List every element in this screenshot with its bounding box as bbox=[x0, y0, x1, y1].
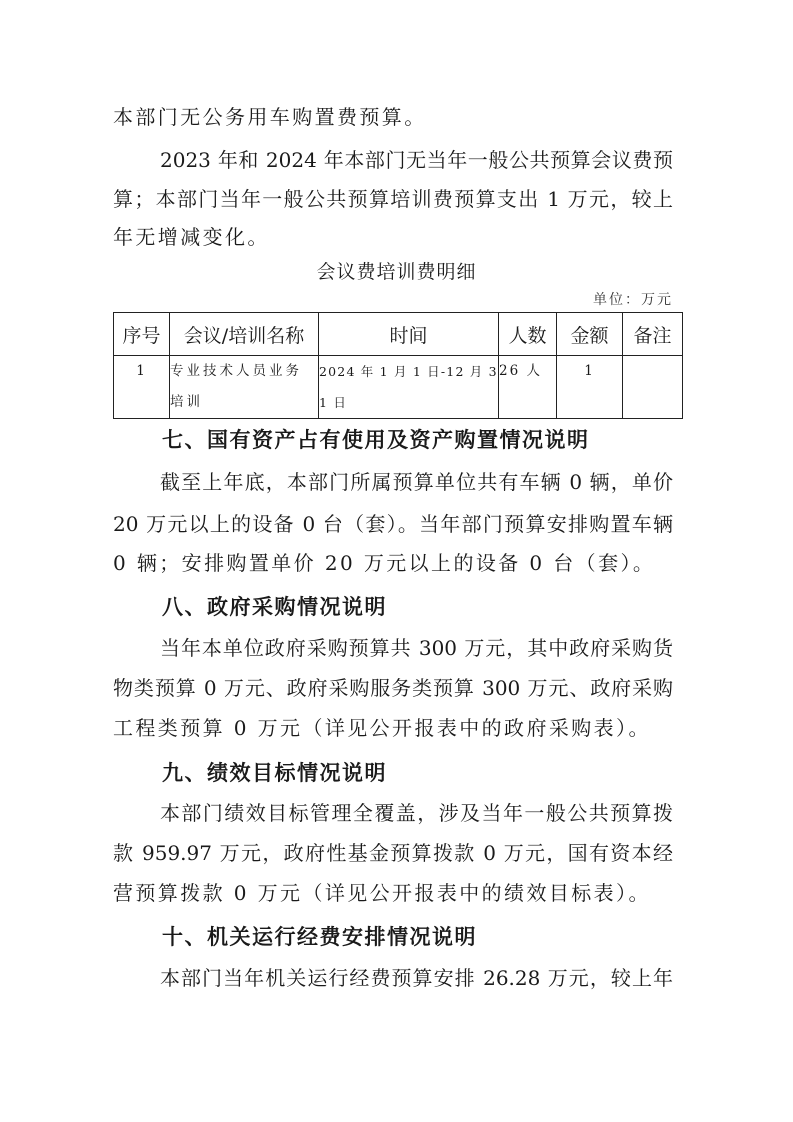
header-time: 时间 bbox=[319, 313, 499, 356]
paragraph-line: 本部门绩效目标管理全覆盖，涉及当年一般公共预算拨 bbox=[160, 801, 673, 825]
cell-amount: 1 bbox=[557, 356, 623, 419]
cell-people: 26 人 bbox=[499, 356, 557, 419]
section-heading: 八、政府采购情况说明 bbox=[162, 594, 387, 620]
header-index: 序号 bbox=[114, 313, 170, 356]
paragraph-line: 算；本部门当年一般公共预算培训费预算支出 1 万元，较上 bbox=[113, 187, 673, 211]
paragraph-line: 营预算拨款 0 万元（详见公开报表中的绩效目标表）。 bbox=[113, 881, 673, 905]
table-title: 会议费培训费明细 bbox=[0, 259, 793, 285]
paragraph-line: 款 959.97 万元，政府性基金预算拨款 0 万元，国有资本经 bbox=[113, 841, 673, 865]
paragraph-line: 本部门无公务用车购置费预算。 bbox=[113, 105, 673, 129]
paragraph-line: 物类预算 0 万元、政府采购服务类预算 300 万元、政府采购 bbox=[113, 676, 673, 700]
paragraph-line: 当年本单位政府采购预算共 300 万元，其中政府采购货 bbox=[160, 636, 673, 660]
table-row: 1 专业技术人员业务培训 2024 年 1 月 1 日-12 月 31 日 26… bbox=[114, 356, 683, 419]
paragraph-line: 年无增减变化。 bbox=[113, 225, 673, 249]
paragraph-line: 0 辆；安排购置单价 20 万元以上的设备 0 台（套）。 bbox=[113, 551, 673, 575]
paragraph-line: 20 万元以上的设备 0 台（套）。当年部门预算安排购置车辆 bbox=[113, 512, 673, 536]
section-heading: 七、国有资产占有使用及资产购置情况说明 bbox=[162, 427, 590, 453]
cell-index: 1 bbox=[114, 356, 170, 419]
paragraph-line: 本部门当年机关运行经费预算安排 26.28 万元，较上年 bbox=[160, 966, 673, 990]
cell-time: 2024 年 1 月 1 日-12 月 31 日 bbox=[319, 356, 499, 419]
meeting-training-table: 序号 会议/培训名称 时间 人数 金额 备注 1 专业技术人员业务培训 2024… bbox=[113, 312, 683, 419]
header-remark: 备注 bbox=[623, 313, 683, 356]
header-people: 人数 bbox=[499, 313, 557, 356]
paragraph-line: 工程类预算 0 万元（详见公开报表中的政府采购表）。 bbox=[113, 716, 673, 740]
cell-remark bbox=[623, 356, 683, 419]
section-heading: 十、机关运行经费安排情况说明 bbox=[162, 924, 477, 950]
paragraph-line: 截至上年底，本部门所属预算单位共有车辆 0 辆，单价 bbox=[160, 470, 673, 494]
section-heading: 九、绩效目标情况说明 bbox=[162, 760, 387, 786]
paragraph-line: 2023 年和 2024 年本部门无当年一般公共预算会议费预 bbox=[160, 148, 673, 172]
cell-name: 专业技术人员业务培训 bbox=[170, 356, 319, 419]
table-header-row: 序号 会议/培训名称 时间 人数 金额 备注 bbox=[114, 313, 683, 356]
header-name: 会议/培训名称 bbox=[170, 313, 319, 356]
table-unit-label: 单位：万元 bbox=[593, 291, 673, 309]
header-amount: 金额 bbox=[557, 313, 623, 356]
